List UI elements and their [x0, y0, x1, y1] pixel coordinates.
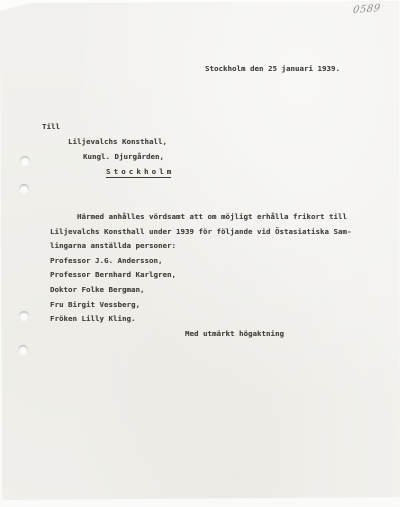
date-line: Stockholm den 25 januari 1939.: [205, 64, 340, 73]
person-line: Fru Birgit Vessberg,: [50, 298, 370, 313]
punch-hole-icon: [20, 156, 30, 166]
recipient-street: Kungl. Djurgården,: [83, 152, 164, 161]
closing-phrase: Med utmärkt högaktning: [185, 327, 284, 342]
recipient-name: Liljevalchs Konsthall,: [68, 137, 167, 146]
person-line: Doktor Folke Bergman,: [50, 283, 370, 298]
punch-hole-icon: [18, 345, 28, 355]
body-line: lingarna anställda personer:: [50, 239, 370, 254]
document-scan: 0589 Stockholm den 25 januari 1939. Till…: [0, 0, 400, 507]
body-line: Liljevalchs Konsthall under 1939 för föl…: [50, 225, 370, 240]
recipient-city: S t o c k h o l m: [106, 167, 171, 178]
person-line: Fröken Lilly Kling.: [50, 312, 370, 327]
person-line: Professor J.G. Andersson,: [50, 254, 370, 269]
paper-sheet: 0589 Stockholm den 25 januari 1939. Till…: [0, 0, 400, 507]
punch-hole-icon: [19, 311, 29, 321]
handwritten-page-number: 0589: [352, 3, 381, 16]
recipient-salutation: Till: [42, 122, 60, 131]
person-line: Professor Bernhard Karlgren,: [50, 268, 370, 283]
punch-hole-icon: [19, 184, 29, 194]
body-line: Härmed anhålles vördsamt att om möjligt …: [50, 210, 370, 225]
letter-body: Härmed anhålles vördsamt att om möjligt …: [50, 210, 370, 327]
